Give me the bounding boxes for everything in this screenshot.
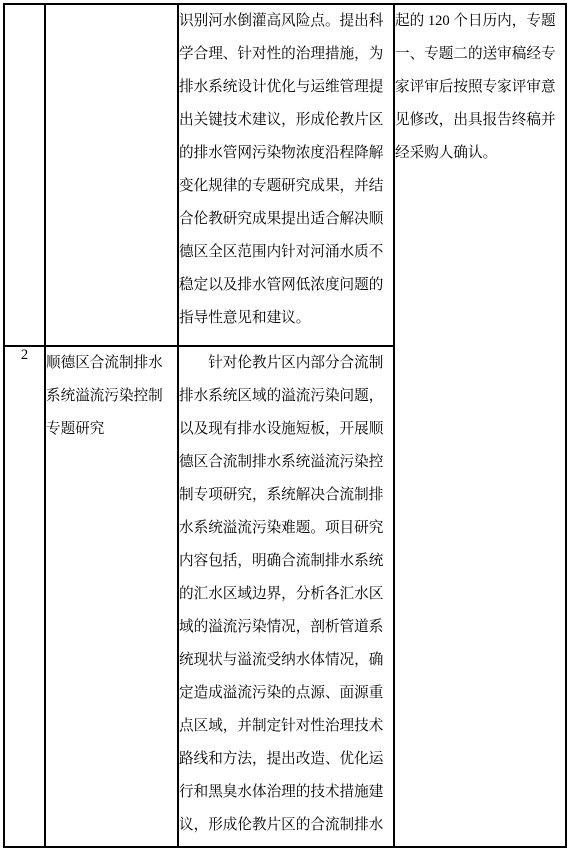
text-line: 域的溢流污染情况，剖析管道系 <box>179 611 393 644</box>
row2-topic-cell: 顺德区合流制排水系统溢流污染控制专题研究 <box>45 346 178 847</box>
text-line: 行和黑臭水体治理的技术措施建 <box>179 776 393 809</box>
text-line: 家评审后按照专家评审意 <box>395 71 565 104</box>
row1-seq-cell <box>4 4 45 346</box>
text-line: 水系统溢流污染难题。项目研究 <box>179 512 393 545</box>
text-line: 排水系统设计优化与运维管理提 <box>179 71 393 104</box>
text-line: 稳定以及排水管网低浓度问题的 <box>179 269 393 302</box>
acceptance-requirements-cell: 起的 120 个日历内，专题一、专题二的送审稿经专家评审后按照专家评审意见修改，… <box>394 4 566 847</box>
text-line: 议，形成伦教片区的合流制排水 <box>179 809 393 842</box>
text-line: 德区合流制排水系统溢流污染控 <box>179 446 393 479</box>
row2-content-cell: 针对伦教片区内部分合流制排水系统区域的溢流污染问题，以及现有排水设施短板，开展顺… <box>178 346 394 847</box>
document-page: 识别河水倒灌高风险点。提出科学合理、针对性的治理措施，为排水系统设计优化与运维管… <box>0 0 568 853</box>
text-line: 顺德区合流制排水 <box>46 347 177 380</box>
document-table: 识别河水倒灌高风险点。提出科学合理、针对性的治理措施，为排水系统设计优化与运维管… <box>3 3 567 848</box>
text-line: 的排水管网污染物浓度沿程降解 <box>179 137 393 170</box>
text-line: 针对伦教片区内部分合流制 <box>179 347 393 380</box>
text-line: 专题研究 <box>46 413 177 446</box>
text-line: 路线和方法，提出改造、优化运 <box>179 743 393 776</box>
text-line: 系统溢流污染控制 <box>46 380 177 413</box>
text-line: 统现状与溢流受纳水体情况，确 <box>179 644 393 677</box>
text-line: 合伦教研究成果提出适合解决顺 <box>179 203 393 236</box>
text-line: 变化规律的专题研究成果，并结 <box>179 170 393 203</box>
text-line: 起的 120 个日历内，专题 <box>395 5 565 38</box>
text-line: 学合理、针对性的治理措施，为 <box>179 38 393 71</box>
text-line: 的汇水区域边界，分析各汇水区 <box>179 578 393 611</box>
text-line: 点区域，并制定针对性治理技术 <box>179 710 393 743</box>
text-line: 内容包括，明确合流制排水系统 <box>179 545 393 578</box>
text-line: 定造成溢流污染的点源、面源重 <box>179 677 393 710</box>
text-line: 经采购人确认。 <box>395 137 565 170</box>
text-line: 见修改，出具报告终稿并 <box>395 104 565 137</box>
row1-topic-cell <box>45 4 178 346</box>
row2-seq-cell: 2 <box>4 346 45 847</box>
text-line: 识别河水倒灌高风险点。提出科 <box>179 5 393 38</box>
text-line: 德区全区范围内针对河涌水质不 <box>179 236 393 269</box>
text-line: 指导性意见和建议。 <box>179 302 393 335</box>
text-line: 制专项研究，系统解决合流制排 <box>179 479 393 512</box>
text-line: 一、专题二的送审稿经专 <box>395 38 565 71</box>
text-line: 出关键技术建议，形成伦教片区 <box>179 104 393 137</box>
row1-content-cell: 识别河水倒灌高风险点。提出科学合理、针对性的治理措施，为排水系统设计优化与运维管… <box>178 4 394 346</box>
text-line: 以及现有排水设施短板，开展顺 <box>179 413 393 446</box>
table-row-1: 识别河水倒灌高风险点。提出科学合理、针对性的治理措施，为排水系统设计优化与运维管… <box>4 4 566 346</box>
text-line: 排水系统区域的溢流污染问题， <box>179 380 393 413</box>
